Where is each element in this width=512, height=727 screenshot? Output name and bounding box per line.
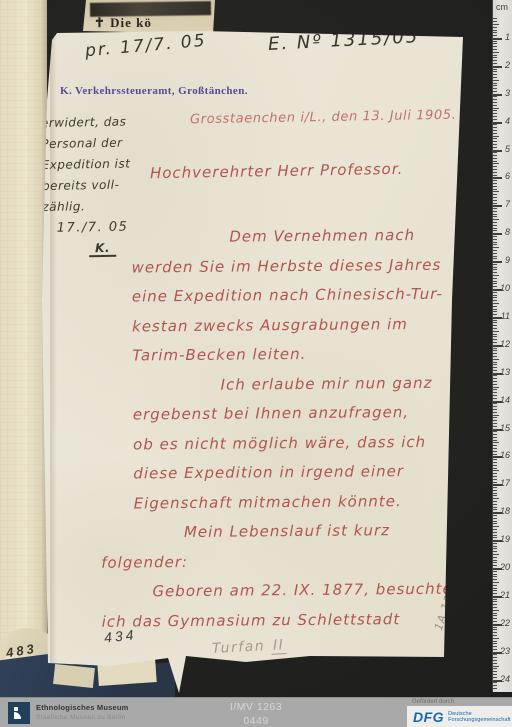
margin-note-line: bereits voll- — [42, 174, 160, 197]
ruler-tick — [493, 638, 499, 639]
ruler-tick — [493, 521, 497, 522]
ruler-number: 11 — [493, 311, 510, 321]
received-date-note: pr. 17/7. 05 — [84, 31, 207, 62]
margin-note-line: erwidert, das — [41, 111, 159, 134]
ruler-tick — [493, 546, 497, 547]
museum-logo-icon — [8, 702, 30, 724]
ruler-number: 1 — [493, 32, 510, 42]
ruler-number: 19 — [493, 534, 510, 544]
ruler-tick — [493, 155, 497, 156]
ruler-tick — [493, 325, 497, 326]
margin-note-line: Expedition ist — [41, 153, 159, 176]
ruler-tick — [493, 191, 499, 192]
ruler-tick — [493, 412, 497, 413]
letter-body-line: Tarim-Becken leiten. — [132, 339, 468, 371]
ruler-tick — [493, 523, 497, 524]
ruler-tick — [493, 601, 497, 602]
museum-organization: Staatliche Museen zu Berlin — [36, 714, 129, 721]
ruler-tick — [493, 183, 497, 184]
ruler-tick — [493, 211, 497, 212]
ruler-tick — [493, 445, 497, 446]
funding-label: Gefördert durch — [412, 699, 454, 705]
ruler-tick — [493, 57, 497, 58]
letter-body-line: kestan zwecks Ausgrabungen im — [132, 309, 468, 341]
ruler-tick — [493, 554, 499, 555]
ruler-tick — [493, 615, 497, 616]
newspaper-clipping: ✝ Die kö — [83, 0, 215, 34]
image-number: 0449 — [180, 715, 332, 727]
ruler-tick — [493, 657, 497, 658]
ruler-tick — [493, 529, 497, 530]
ruler-tick — [493, 498, 499, 499]
ruler-tick — [493, 526, 499, 527]
ruler-tick — [493, 295, 497, 296]
ruler-tick — [493, 278, 497, 279]
ruler-tick — [493, 77, 497, 78]
ruler-tick — [493, 560, 497, 561]
ruler-tick — [493, 18, 497, 19]
ruler-tick — [493, 557, 497, 558]
ruler-tick — [493, 518, 497, 519]
letter-body-line: Geboren am 22. IX. 1877, besuchte — [134, 575, 470, 607]
letter-sheet: pr. 17/7. 05 E. Nº 1315/05 K. Verkehrsst… — [40, 28, 470, 695]
letter-body-line: ich das Gymnasium zu Schlettstadt — [102, 604, 471, 637]
ruler-tick — [493, 643, 497, 644]
letter-body-line: werden Sie im Herbste dieses Jahres — [131, 250, 467, 282]
ruler-tick — [493, 356, 497, 357]
ruler-tick — [493, 415, 499, 416]
ruler-tick — [493, 74, 497, 75]
ruler-number: 24 — [493, 674, 510, 684]
ruler-tick — [493, 629, 497, 630]
ruler-tick — [493, 297, 497, 298]
ruler-tick — [493, 632, 497, 633]
ruler-tick — [493, 468, 497, 469]
ruler-tick — [493, 495, 497, 496]
museum-name: Ethnologisches Museum — [36, 703, 129, 712]
ruler-tick — [493, 80, 499, 81]
ruler-tick — [493, 105, 497, 106]
ruler-tick — [493, 163, 499, 164]
ruler-tick — [493, 281, 497, 282]
ruler-tick — [493, 470, 499, 471]
letter-body: Dem Vernehmen nachwerden Sie im Herbste … — [131, 221, 471, 637]
ruler-tick — [493, 83, 497, 84]
letter-body-line: Dem Vernehmen nach — [131, 221, 467, 253]
ruler-tick — [493, 133, 497, 134]
ruler-tick — [493, 275, 499, 276]
ruler-tick — [493, 71, 497, 72]
ruler-tick — [493, 46, 497, 47]
ruler-tick — [493, 588, 497, 589]
ruler-tick — [493, 242, 497, 243]
ruler-tick — [493, 43, 497, 44]
ruler-tick — [493, 158, 497, 159]
footer-bar: Ethnologisches Museum Staatliche Museen … — [0, 697, 512, 727]
ruler-tick — [493, 306, 497, 307]
ruler-tick — [493, 102, 497, 103]
ruler-tick — [493, 663, 497, 664]
ruler-tick — [493, 417, 497, 418]
ruler-tick — [493, 585, 497, 586]
ruler-tick — [493, 136, 499, 137]
pencil-page-number: 434 — [103, 626, 137, 645]
ruler-number: 6 — [493, 171, 510, 181]
ruler-tick — [493, 688, 497, 689]
pencil-note-numeral: II — [271, 637, 287, 655]
ruler: cm 1234567891011121314151617181920212223… — [493, 0, 512, 692]
scan-backdrop: 483 ✝ Die kö pr. 17/7. 05 E. Nº 1315/05 … — [0, 0, 512, 727]
ruler-number: 21 — [493, 590, 510, 600]
ruler-tick — [493, 253, 497, 254]
ruler-tick — [493, 582, 499, 583]
ruler-tick — [493, 532, 497, 533]
ruler-tick — [493, 548, 497, 549]
ruler-number: 17 — [493, 478, 510, 488]
ruler-tick — [493, 30, 497, 31]
ruler-tick — [493, 381, 497, 382]
shelfmark: I/MV 1263 — [180, 701, 332, 713]
ruler-tick — [493, 406, 497, 407]
letter-body-line: Mein Lebenslauf ist kurz — [134, 516, 470, 548]
ruler-tick — [493, 671, 497, 672]
ruler-tick — [493, 272, 497, 273]
ruler-tick — [493, 635, 497, 636]
ruler-tick — [493, 493, 497, 494]
pencil-collection-note: Turfan II — [212, 637, 287, 657]
ruler-tick — [493, 434, 497, 435]
ruler-tick — [493, 27, 497, 28]
dfg-acronym: DFG — [413, 709, 444, 725]
ruler-tick — [493, 613, 497, 614]
ruler-tick — [493, 328, 497, 329]
ruler-tick — [493, 579, 497, 580]
ruler-tick — [493, 127, 497, 128]
ruler-tick — [493, 250, 497, 251]
shelfmark-block: I/MV 1263 0449 — [180, 701, 332, 727]
museum-text-block: Ethnologisches Museum Staatliche Museen … — [36, 703, 129, 721]
museum-logo-glyph — [8, 702, 30, 724]
ruler-tick — [493, 166, 497, 167]
ruler-tick — [493, 334, 497, 335]
ruler-tick — [493, 551, 497, 552]
ruler-tick — [493, 194, 497, 195]
ruler-tick — [493, 214, 497, 215]
ruler-tick — [493, 384, 497, 385]
clipping-headline: ✝ Die kö — [94, 15, 152, 31]
ruler-tick — [493, 350, 497, 351]
ruler-tick — [493, 387, 499, 388]
pencil-note-word: Turfan — [212, 638, 266, 657]
ruler-tick — [493, 21, 497, 22]
ruler-number: 8 — [493, 227, 510, 237]
ruler-tick — [493, 239, 497, 240]
ruler-number: 15 — [493, 423, 510, 433]
ruler-tick — [493, 685, 497, 686]
ruler-tick — [493, 141, 497, 142]
ruler-tick — [493, 189, 497, 190]
dfg-name-line: Forschungsgemeinschaft — [448, 717, 511, 724]
ruler-tick — [493, 437, 497, 438]
ruler-number: 9 — [493, 255, 510, 265]
ruler-tick — [493, 108, 499, 109]
ruler-number: 7 — [493, 199, 510, 209]
ruler-tick — [493, 490, 497, 491]
ruler-tick — [493, 604, 497, 605]
ruler-tick — [493, 389, 497, 390]
ruler-tick — [493, 161, 497, 162]
ruler-tick — [493, 378, 497, 379]
ruler-tick — [493, 24, 499, 25]
ruler-tick — [493, 85, 497, 86]
ruler-number: 10 — [493, 283, 510, 293]
ruler-tick — [493, 641, 497, 642]
ruler-tick — [493, 607, 497, 608]
ruler-tick — [493, 303, 499, 304]
ruler-tick — [493, 309, 497, 310]
file-edge-strip — [0, 0, 47, 668]
ruler-tick — [493, 113, 497, 114]
ruler-number: 14 — [493, 395, 510, 405]
ruler-tick — [493, 130, 497, 131]
dfg-logo: DFG Deutsche Forschungsgemeinschaft — [407, 706, 512, 727]
ruler-tick — [493, 225, 497, 226]
ruler-tick — [493, 353, 497, 354]
ruler-tick — [493, 322, 497, 323]
ruler-tick — [493, 138, 497, 139]
ruler-tick — [493, 465, 497, 466]
ruler-tick — [493, 364, 497, 365]
letter-body-line: ob es nicht möglich wäre, dass ich — [133, 427, 469, 459]
ruler-tick — [493, 504, 497, 505]
letterhead-stamp: K. Verkehrssteueramt, Großtänchen. — [60, 85, 248, 97]
letter-body-line: ergebenst bei Ihnen anzufragen, — [133, 398, 469, 430]
ruler-tick — [493, 267, 497, 268]
ruler-tick — [493, 660, 497, 661]
ruler-number: 16 — [493, 450, 510, 460]
ruler-unit-label: cm — [493, 2, 511, 12]
ruler-tick — [493, 420, 497, 421]
letter-body-line: Ich erlaube mir nun ganz — [132, 368, 468, 400]
ruler-number: 3 — [493, 88, 510, 98]
ruler-tick — [493, 473, 497, 474]
ruler-tick — [493, 448, 497, 449]
ruler-tick — [493, 269, 497, 270]
ruler-tick — [493, 222, 497, 223]
ruler-tick — [493, 668, 497, 669]
ruler-tick — [493, 440, 497, 441]
ruler-tick — [493, 501, 497, 502]
letter-body-line: diese Expedition in irgend einer — [133, 457, 469, 489]
ruler-tick — [493, 110, 497, 111]
ruler-number: 18 — [493, 506, 510, 516]
ruler-tick — [493, 219, 499, 220]
ruler-tick — [493, 666, 499, 667]
ruler-tick — [493, 186, 497, 187]
ruler-tick — [493, 476, 497, 477]
ruler-tick — [493, 300, 497, 301]
letter-body-line: Eigenschaft mitmachen könnte. — [134, 486, 470, 518]
ruler-tick — [493, 244, 497, 245]
ruler-tick — [493, 336, 497, 337]
ruler-tick — [493, 442, 499, 443]
margin-note-line: zählig. — [42, 195, 160, 218]
ruler-tick — [493, 52, 499, 53]
ruler-number: 4 — [493, 116, 510, 126]
file-number-note: E. Nº 1315/05 — [268, 26, 420, 55]
ruler-tick — [493, 362, 497, 363]
ruler-tick — [493, 169, 497, 170]
ruler-tick — [493, 574, 497, 575]
ruler-number: 22 — [493, 618, 510, 628]
ruler-tick — [493, 55, 497, 56]
ruler-tick — [493, 331, 499, 332]
salutation: Hochverehrter Herr Professor. — [150, 160, 404, 182]
ruler-tick — [493, 247, 499, 248]
ruler-tick — [493, 216, 497, 217]
ruler-number: 12 — [493, 339, 510, 349]
letter-body-line: eine Expedition nach Chinesisch-Tur- — [132, 280, 468, 312]
dfg-name: Deutsche Forschungsgemeinschaft — [448, 711, 511, 724]
ruler-tick — [493, 610, 499, 611]
ruler-number: 2 — [493, 60, 510, 70]
letter-body-line: folgender: — [101, 545, 470, 578]
ruler-tick — [493, 462, 497, 463]
ruler-tick — [493, 359, 499, 360]
ruler-tick — [493, 49, 497, 50]
ruler-tick — [493, 99, 497, 100]
ruler-number: 13 — [493, 367, 510, 377]
ruler-tick — [493, 392, 497, 393]
dateline: Grosstaenchen i/L., den 13. Juli 1905. — [190, 108, 457, 128]
ruler-tick — [493, 409, 497, 410]
margin-note-line: Personal der — [41, 132, 159, 155]
ruler-number: 23 — [493, 646, 510, 656]
ruler-number: 5 — [493, 144, 510, 154]
ruler-tick — [493, 197, 497, 198]
paper-scrap — [53, 664, 95, 688]
ruler-number: 20 — [493, 562, 510, 572]
ruler-tick — [493, 576, 497, 577]
